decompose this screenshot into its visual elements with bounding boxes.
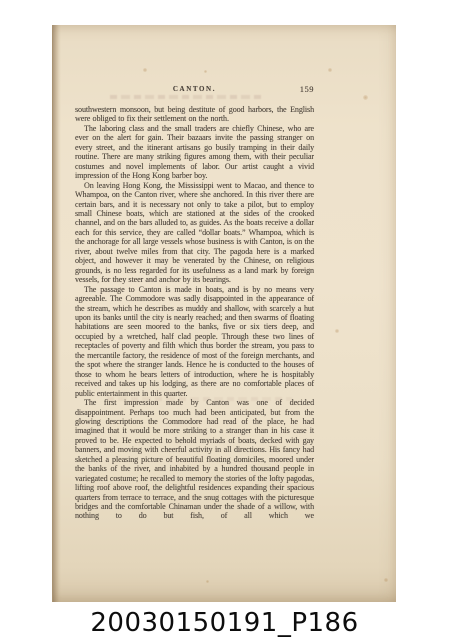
page-text: southwestern monsoon, but being destitut… bbox=[75, 105, 314, 521]
foxing-spot bbox=[335, 329, 339, 333]
foxing-spot bbox=[143, 68, 147, 72]
running-head-title: CANTON. bbox=[75, 85, 314, 93]
foxing-spot bbox=[328, 68, 332, 72]
paragraph: The laboring class and the small traders… bbox=[75, 124, 314, 181]
foxing-spot bbox=[384, 578, 388, 582]
paragraph: southwestern monsoon, but being destitut… bbox=[75, 105, 314, 124]
foxing-spot bbox=[204, 70, 207, 73]
catalog-label: 20030150191_P186 bbox=[90, 605, 358, 638]
running-head: CANTON. 159 bbox=[75, 85, 314, 97]
catalog-label-strip: 20030150191_P186 bbox=[0, 602, 449, 640]
foxing-spot bbox=[363, 95, 368, 100]
paragraph: On leaving Hong Kong, the Mississippi we… bbox=[75, 181, 314, 285]
foxing-spot bbox=[206, 580, 209, 583]
book-page: CANTON. 159 southwestern monsoon, but be… bbox=[52, 25, 396, 602]
paragraph: The passage to Canton is made in boats, … bbox=[75, 285, 314, 398]
book-gutter-shadow bbox=[52, 25, 61, 602]
page-number: 159 bbox=[300, 84, 314, 94]
scanned-page-photo: CANTON. 159 southwestern monsoon, but be… bbox=[0, 0, 449, 640]
paragraph: The first impression made by Canton was … bbox=[75, 398, 314, 521]
